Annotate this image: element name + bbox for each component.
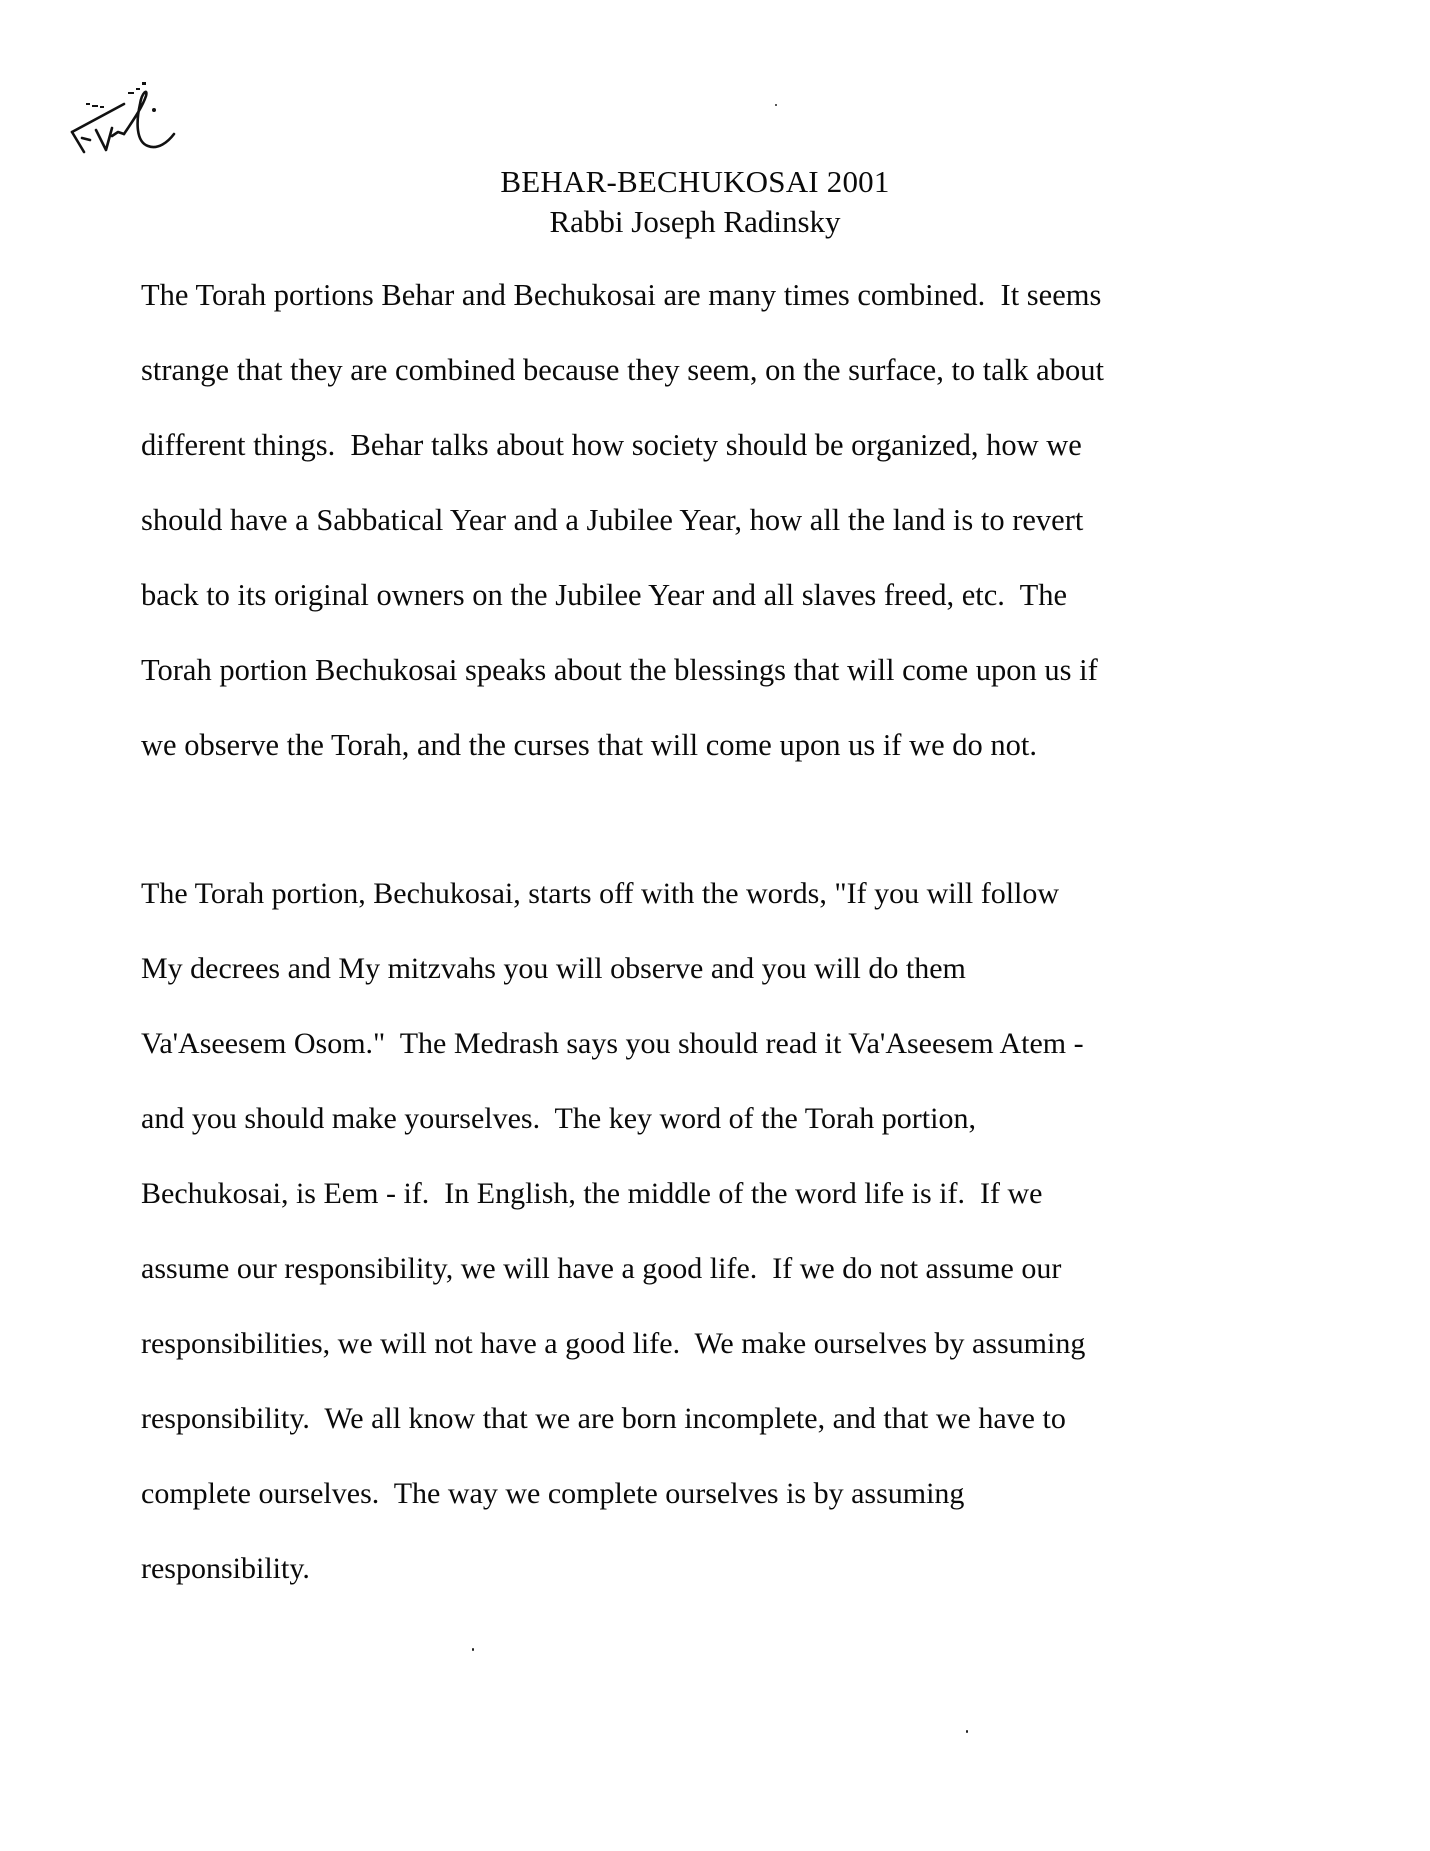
scan-speck [966, 1730, 968, 1733]
text-line: and you should make yourselves. The key … [141, 1081, 1301, 1156]
text-line: strange that they are combined because t… [141, 333, 1301, 408]
text-line: responsibilities, we will not have a goo… [141, 1306, 1301, 1381]
text-line: complete ourselves. The way we complete … [141, 1456, 1301, 1531]
text-line: responsibility. [141, 1531, 1301, 1606]
text-line: The Torah portions Behar and Bechukosai … [141, 258, 1301, 333]
handwritten-initials-icon [66, 70, 186, 162]
text-line: The Torah portion, Bechukosai, starts of… [141, 856, 1301, 931]
scan-speck [472, 1648, 474, 1651]
scan-speck [775, 104, 777, 106]
text-line: we observe the Torah, and the curses tha… [141, 708, 1301, 783]
scanned-document-page: BEHAR-BECHUKOSAI 2001 Rabbi Joseph Radin… [0, 0, 1430, 1851]
paragraph-2: The Torah portion, Bechukosai, starts of… [141, 856, 1301, 1606]
document-author: Rabbi Joseph Radinsky [0, 202, 1390, 242]
text-line: different things. Behar talks about how … [141, 408, 1301, 483]
text-line: responsibility. We all know that we are … [141, 1381, 1301, 1456]
text-line: My decrees and My mitzvahs you will obse… [141, 931, 1301, 1006]
text-line: Va'Aseesem Osom." The Medrash says you s… [141, 1006, 1301, 1081]
paragraph-1: The Torah portions Behar and Bechukosai … [141, 258, 1301, 783]
text-line: should have a Sabbatical Year and a Jubi… [141, 483, 1301, 558]
text-line: assume our responsibility, we will have … [141, 1231, 1301, 1306]
document-title: BEHAR-BECHUKOSAI 2001 [0, 162, 1390, 202]
text-line: Torah portion Bechukosai speaks about th… [141, 633, 1301, 708]
text-line: Bechukosai, is Eem - if. In English, the… [141, 1156, 1301, 1231]
text-line: back to its original owners on the Jubil… [141, 558, 1301, 633]
